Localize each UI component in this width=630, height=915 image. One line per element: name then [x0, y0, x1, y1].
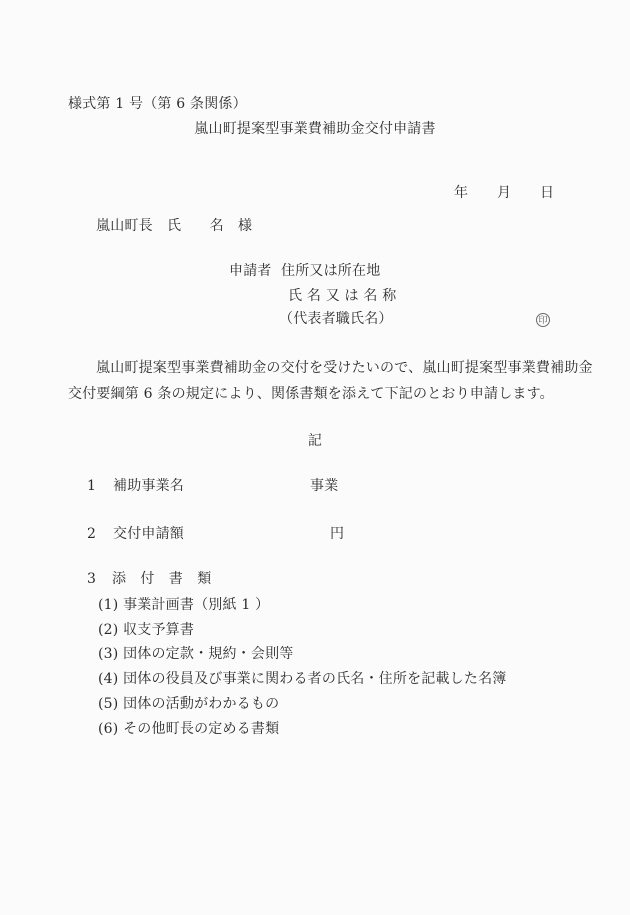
page-title: 嵐山町提案型事業費補助金交付申請書	[0, 121, 630, 138]
attachment-item-4: (4) 団体の役員及び事業に関わる者の氏名・住所を記載した名簿	[98, 667, 506, 692]
seal-mark-icon: 印	[536, 313, 550, 327]
date-year-label: 年	[454, 185, 468, 201]
attachment-item-6: (6) その他町長の定める書類	[98, 717, 506, 742]
item-3-label: 添 付 書 類	[112, 571, 211, 588]
item-2-unit: 円	[330, 526, 344, 543]
attachment-list: (1) 事業計画書（別紙 1 ） (2) 収支予算書 (3) 団体の定款・規約・…	[98, 593, 506, 741]
attachment-item-1: (1) 事業計画書（別紙 1 ）	[98, 593, 506, 618]
item-2-number: 2	[87, 526, 96, 543]
applicant-address-label: 住所又は所在地	[281, 263, 380, 280]
date-line: 年月日	[436, 166, 554, 218]
record-marker: 記	[0, 433, 630, 450]
attachment-item-3: (3) 団体の定款・規約・会則等	[98, 642, 506, 667]
form-number: 様式第 1 号（第 6 条関係）	[68, 96, 247, 113]
representative-label: （代表者職氏名）	[279, 311, 393, 328]
item-2-label: 交付申請額	[113, 526, 184, 543]
item-1-number: 1	[87, 478, 96, 495]
item-1-label: 補助事業名	[113, 478, 184, 495]
attachment-item-2: (2) 収支予算書	[98, 618, 506, 643]
attachment-item-5: (5) 団体の活動がわかるもの	[98, 692, 506, 717]
applicant-name-label: 氏 名 又 は 名 称	[288, 288, 396, 305]
date-day-label: 日	[540, 185, 554, 201]
document-page: 様式第 1 号（第 6 条関係） 嵐山町提案型事業費補助金交付申請書 年月日 嵐…	[0, 0, 630, 915]
item-3-number: 3	[87, 571, 96, 588]
body-paragraph-line-2: 交付要綱第 6 条の規定により、関係書類を添えて下記のとおり申請します。	[68, 386, 554, 403]
applicant-label: 申請者	[229, 263, 272, 280]
item-1-unit: 事業	[310, 478, 338, 495]
addressee-line: 嵐山町長 氏 名 様	[96, 218, 252, 235]
body-paragraph-line-1: 嵐山町提案型事業費補助金の交付を受けたいので、嵐山町提案型事業費補助金	[96, 360, 593, 377]
date-month-label: 月	[497, 185, 511, 201]
